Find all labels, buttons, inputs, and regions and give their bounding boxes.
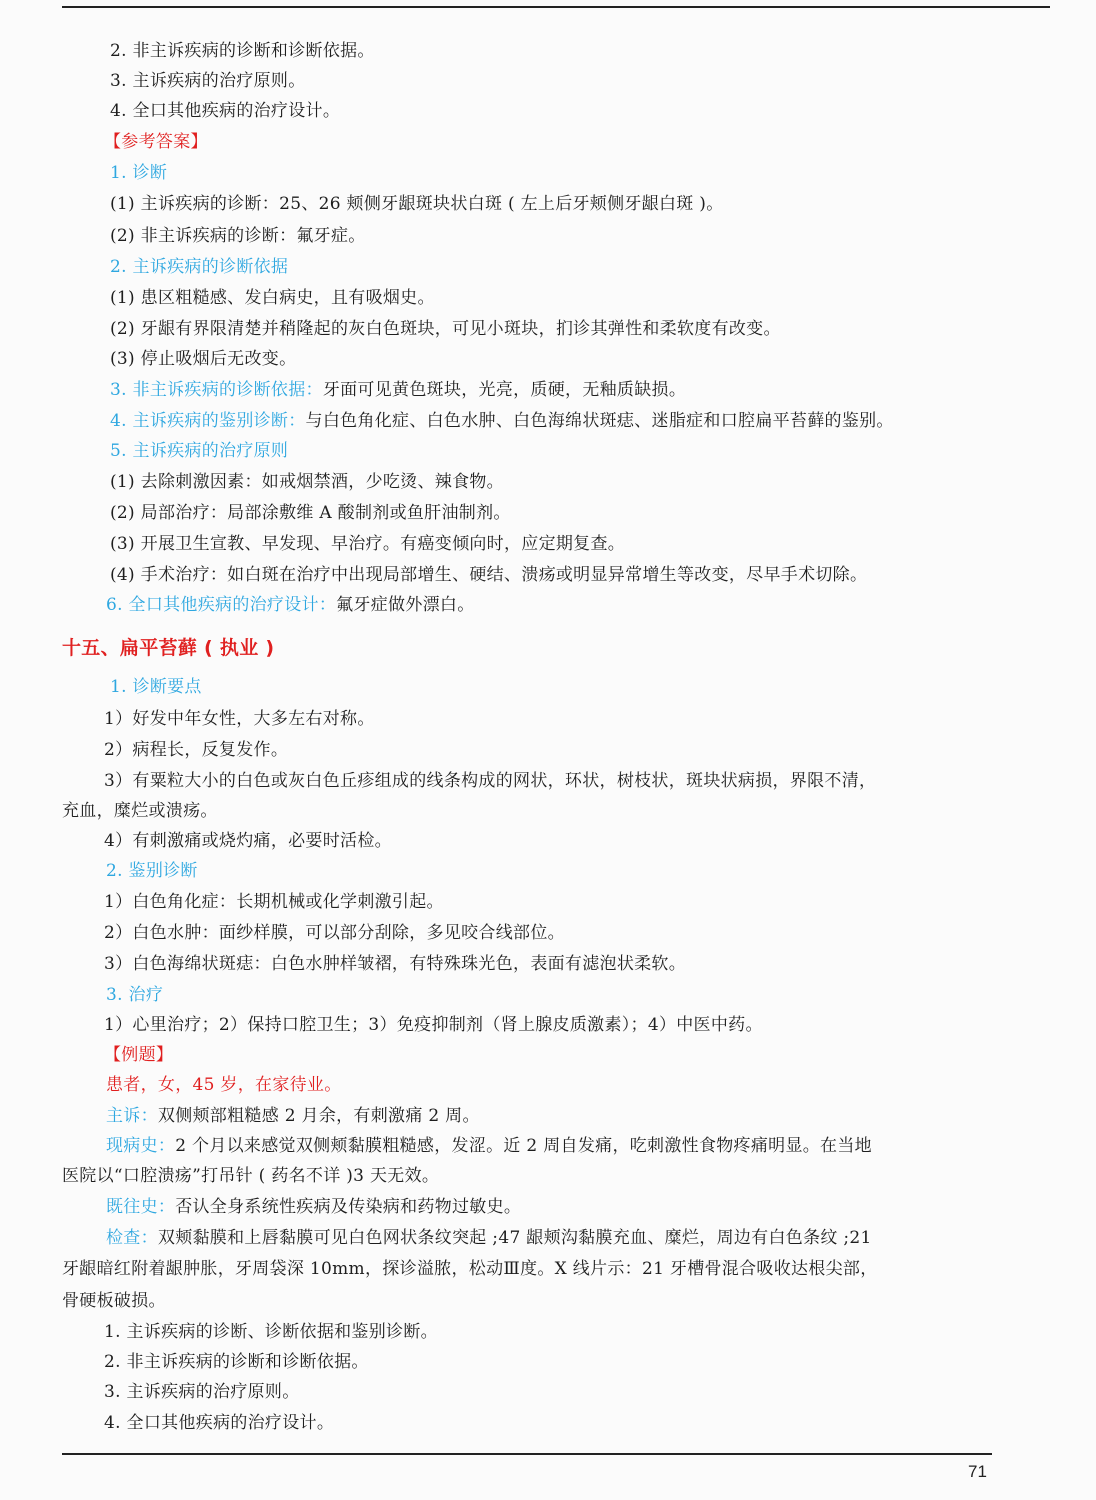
example-history-cont: 医院以“口腔溃疡”打吊针 ( 药名不详 )3 天无效。 — [62, 1165, 439, 1187]
example-exam-cont: 骨硬板破损。 — [62, 1290, 166, 1312]
past-label: 既往史： — [106, 1197, 175, 1217]
answer-s3-text: 牙面可见黄色斑块，光亮，质硬，无釉质缺损。 — [323, 380, 686, 400]
question-2: 2. 非主诉疾病的诊断和诊断依据。 — [110, 40, 375, 62]
exam-text: 双颊黏膜和上唇黏膜可见白色网状条纹突起 ;47 龈颊沟黏膜充血、糜烂，周边有白色… — [158, 1228, 872, 1248]
answer-s1-item: (2) 非主诉疾病的诊断：氟牙症。 — [110, 225, 366, 247]
s15-p1-item: 4）有刺激痛或烧灼痛，必要时活检。 — [104, 830, 392, 852]
s15-p1-title: 1. 诊断要点 — [110, 676, 202, 698]
complaint-text: 双侧颊部粗糙感 2 月余，有刺激痛 2 周。 — [158, 1106, 480, 1126]
answer-s4-label: 4. 主诉疾病的鉴别诊断： — [110, 411, 306, 431]
answer-s3: 3. 非主诉疾病的诊断依据：牙面可见黄色斑块，光亮，质硬，无釉质缺损。 — [110, 379, 686, 401]
page-number: 71 — [968, 1462, 987, 1482]
answer-s1-title: 1. 诊断 — [110, 162, 167, 184]
answer-s4: 4. 主诉疾病的鉴别诊断：与白色角化症、白色水肿、白色海绵状斑痣、迷脂症和口腔扁… — [110, 410, 894, 432]
answer-s5-item: (4) 手术治疗：如白斑在治疗中出现局部增生、硬结、溃疡或明显异常增生等改变，尽… — [110, 564, 867, 586]
example-patient: 患者，女，45 岁，在家待业。 — [106, 1074, 342, 1096]
example-exam: 检查：双颊黏膜和上唇黏膜可见白色网状条纹突起 ;47 龈颊沟黏膜充血、糜烂，周边… — [106, 1227, 872, 1249]
answer-s5-item: (2) 局部治疗：局部涂敷维 A 酸制剂或鱼肝油制剂。 — [110, 502, 511, 524]
bottom-rule — [62, 1453, 992, 1455]
answer-s2-title: 2. 主诉疾病的诊断依据 — [110, 256, 288, 278]
s15-p3-text: 1）心里治疗；2）保持口腔卫生；3）免疫抑制剂（肾上腺皮质激素）；4）中医中药。 — [104, 1014, 763, 1036]
s15-p2-item: 3）白色海绵状斑痣：白色水肿样皱褶，有特殊珠光色，表面有滤泡状柔软。 — [104, 953, 686, 975]
answer-s6: 6. 全口其他疾病的治疗设计：氟牙症做外漂白。 — [106, 594, 475, 616]
question-4: 4. 全口其他疾病的治疗设计。 — [110, 100, 340, 122]
example-exam-cont: 牙龈暗红附着龈肿胀，牙周袋深 10mm，探诊溢脓，松动Ⅲ度。X 线片示：21 牙… — [62, 1258, 878, 1280]
top-rule — [62, 6, 1050, 8]
answer-s5-item: (1) 去除刺激因素：如戒烟禁酒，少吃烫、辣食物。 — [110, 471, 504, 493]
s15-p2-item: 2）白色水肿：面纱样膜，可以部分刮除，多见咬合线部位。 — [104, 922, 565, 944]
s15-p3-title: 3. 治疗 — [106, 984, 163, 1006]
answer-s1-item: (1) 主诉疾病的诊断：25、26 颊侧牙龈斑块状白斑 ( 左上后牙颊侧牙龈白斑… — [110, 193, 724, 215]
exam-label: 检查： — [106, 1228, 158, 1248]
s15-p1-item: 3）有粟粒大小的白色或灰白色丘疹组成的线条构成的网状，环状，树枝状，斑块状病损，… — [104, 770, 876, 792]
history-text: 2 个月以来感觉双侧颊黏膜粗糙感，发涩。近 2 周自发痛，吃刺激性食物疼痛明显。… — [175, 1136, 872, 1156]
complaint-label: 主诉： — [106, 1106, 158, 1126]
example-complaint: 主诉：双侧颊部粗糙感 2 月余，有刺激痛 2 周。 — [106, 1105, 480, 1127]
section-15-title: 十五、扁平苔藓 ( 执业 ) — [62, 637, 274, 659]
example-title: 【例题】 — [104, 1044, 173, 1066]
answer-s2-item: (1) 患区粗糙感、发白病史，且有吸烟史。 — [110, 287, 435, 309]
answer-s5-item: (3) 开展卫生宣教、早发现、早治疗。有癌变倾向时，应定期复查。 — [110, 533, 625, 555]
s15-p1-item: 2）病程长，反复发作。 — [104, 739, 288, 761]
example-history: 现病史：2 个月以来感觉双侧颊黏膜粗糙感，发涩。近 2 周自发痛，吃刺激性食物疼… — [106, 1135, 872, 1157]
answer-s2-item: (2) 牙龈有界限清楚并稍隆起的灰白色斑块，可见小斑块，扪诊其弹性和柔软度有改变… — [110, 318, 781, 340]
example-question: 4. 全口其他疾病的治疗设计。 — [104, 1412, 334, 1434]
answer-s5-title: 5. 主诉疾病的治疗原则 — [110, 440, 288, 462]
s15-p1-item-cont: 充血，糜烂或溃疡。 — [62, 800, 218, 822]
past-text: 否认全身系统性疾病及传染病和药物过敏史。 — [175, 1197, 521, 1217]
s15-p2-title: 2. 鉴别诊断 — [106, 860, 198, 882]
example-question: 1. 主诉疾病的诊断、诊断依据和鉴别诊断。 — [104, 1321, 438, 1343]
example-question: 3. 主诉疾病的治疗原则。 — [104, 1381, 300, 1403]
example-past: 既往史：否认全身系统性疾病及传染病和药物过敏史。 — [106, 1196, 521, 1218]
answer-title: 【参考答案】 — [104, 131, 208, 153]
example-question: 2. 非主诉疾病的诊断和诊断依据。 — [104, 1351, 369, 1373]
answer-s6-label: 6. 全口其他疾病的治疗设计： — [106, 595, 336, 615]
question-3: 3. 主诉疾病的治疗原则。 — [110, 70, 306, 92]
s15-p2-item: 1）白色角化症：长期机械或化学刺激引起。 — [104, 891, 444, 913]
answer-s6-text: 氟牙症做外漂白。 — [336, 595, 474, 615]
s15-p1-item: 1）好发中年女性，大多左右对称。 — [104, 708, 375, 730]
answer-s4-text: 与白色角化症、白色水肿、白色海绵状斑痣、迷脂症和口腔扁平苔藓的鉴别。 — [306, 411, 894, 431]
answer-s2-item: (3) 停止吸烟后无改变。 — [110, 348, 296, 370]
answer-s3-label: 3. 非主诉疾病的诊断依据： — [110, 380, 323, 400]
history-label: 现病史： — [106, 1136, 175, 1156]
